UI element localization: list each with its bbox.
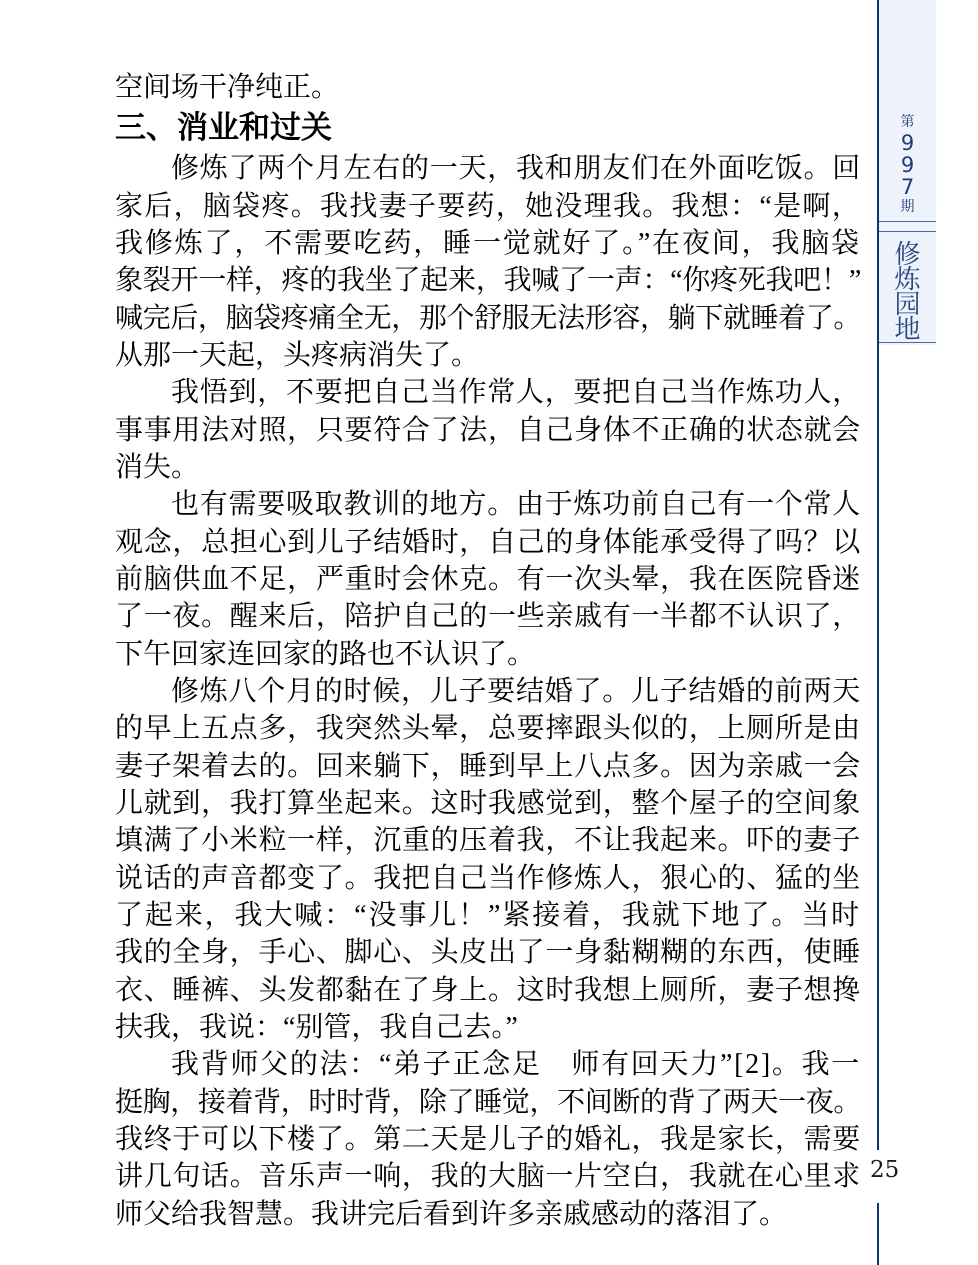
text-line: 事事用法对照，只要符合了法，自己身体不正确的状态就会 — [115, 412, 861, 449]
column-title-char: 炼 — [894, 267, 920, 292]
text-line: 扶我，我说：“别管，我自己去。” — [115, 1009, 861, 1046]
text-line: 从那一天起，头疼病消失了。 — [115, 337, 861, 374]
column-title: 修炼园地 — [879, 242, 936, 342]
text-line: 我背师父的法：“弟子正念足 师有回天力”[2]。我一 — [115, 1046, 861, 1083]
text-line: 师父给我智慧。我讲完后看到许多亲戚感动的落泪了。 — [115, 1196, 861, 1233]
text-line: 妻子架着去的。回来躺下，睡到早上八点多。因为亲戚一会 — [115, 748, 861, 785]
text-line-content: 观念，总担心到儿子结婚时，自己的身体能承受得了吗？以 — [115, 524, 861, 561]
text-line: 也有需要吸取教训的地方。由于炼功前自己有一个常人 — [115, 486, 861, 523]
text-line-content: 妻子架着去的。回来躺下，睡到早上八点多。因为亲戚一会 — [115, 748, 861, 785]
text-line: 下午回家连回家的路也不认识了。 — [115, 636, 861, 673]
text-line: 我的全身，手心、脚心、头皮出了一身黏糊糊的东西，使睡 — [115, 934, 861, 971]
issue-suffix: 期 — [901, 198, 915, 217]
text-line-content: 也有需要吸取教训的地方。由于炼功前自己有一个常人 — [171, 486, 861, 523]
text-line-content: 了起来，我大喊：“没事儿！”紧接着，我就下地了。当时 — [115, 897, 861, 934]
text-line-content: 家后，脑袋疼。我找妻子要药，她没理我。我想：“是啊， — [115, 188, 861, 225]
text-line-content: 的早上五点多，我突然头晕，总要摔跟头似的，上厕所是由 — [115, 710, 861, 747]
issue-number: 第 9 9 7 期 — [879, 0, 936, 220]
column-title-char: 修 — [894, 242, 920, 267]
document-page: 空间场干净纯正。三、消业和过关修炼了两个月左右的一天，我和朋友们在外面吃饭。回家… — [0, 0, 978, 1265]
text-line: 观念，总担心到儿子结婚时，自己的身体能承受得了吗？以 — [115, 524, 861, 561]
text-line: 象裂开一样，疼的我坐了起来，我喊了一声：“你疼死我吧！” — [115, 262, 861, 299]
text-line: 修炼八个月的时候，儿子要结婚了。儿子结婚的前两天 — [115, 673, 861, 710]
text-line-content: 儿就到，我打算坐起来。这时我感觉到，整个屋子的空间象 — [115, 785, 861, 822]
text-line: 了一夜。醒来后，陪护自己的一些亲戚有一半都不认识了， — [115, 598, 861, 635]
issue-digit: 9 — [901, 154, 914, 176]
text-line-content: 了一夜。醒来后，陪护自己的一些亲戚有一半都不认识了， — [115, 598, 861, 635]
text-line-content: 事事用法对照，只要符合了法，自己身体不正确的状态就会 — [115, 412, 861, 449]
text-line-content: 喊完后，脑袋疼痛全无，那个舒服无法形容，躺下就睡着了。 — [115, 300, 861, 337]
sidebar-separator — [879, 342, 936, 343]
issue-digit: 7 — [901, 176, 914, 198]
issue-prefix: 第 — [901, 113, 915, 132]
text-line: 衣、睡裤、头发都黏在了身上。这时我想上厕所，妻子想搀 — [115, 972, 861, 1009]
issue-sidebar: 第 9 9 7 期 修炼园地 — [879, 0, 936, 345]
text-line-content: 修炼了两个月左右的一天，我和朋友们在外面吃饭。回 — [171, 150, 861, 187]
text-line-content: 衣、睡裤、头发都黏在了身上。这时我想上厕所，妻子想搀 — [115, 972, 861, 1009]
text-line-content: 空间场干净纯正。 — [115, 69, 339, 106]
text-line: 讲几句话。音乐声一响，我的大脑一片空白，我就在心里求 — [115, 1158, 861, 1195]
text-line: 的早上五点多，我突然头晕，总要摔跟头似的，上厕所是由 — [115, 710, 861, 747]
text-line-content: 我背师父的法：“弟子正念足 师有回天力”[2]。我一 — [171, 1046, 861, 1083]
text-line-content: 从那一天起，头疼病消失了。 — [115, 337, 479, 374]
text-line: 说话的声音都变了。我把自己当作修炼人，狠心的、猛的坐 — [115, 860, 861, 897]
vertical-rule-bottom — [877, 1203, 879, 1265]
text-line-content: 修炼八个月的时候，儿子要结婚了。儿子结婚的前两天 — [171, 673, 861, 710]
sidebar-separator — [879, 231, 936, 232]
page-number: 25 — [870, 1155, 899, 1185]
text-line-content: 我的全身，手心、脚心、头皮出了一身黏糊糊的东西，使睡 — [115, 934, 861, 971]
text-line: 前脑供血不足，严重时会休克。有一次头晕，我在医院昏迷 — [115, 561, 861, 598]
column-title-char: 地 — [894, 317, 920, 342]
text-line-content: 我修炼了，不需要吃药，睡一觉就好了。”在夜间，我脑袋 — [115, 225, 861, 262]
text-line: 修炼了两个月左右的一天，我和朋友们在外面吃饭。回 — [115, 150, 861, 187]
text-line-content: 师父给我智慧。我讲完后看到许多亲戚感动的落泪了。 — [115, 1196, 787, 1233]
text-line-content: 前脑供血不足，严重时会休克。有一次头晕，我在医院昏迷 — [115, 561, 861, 598]
text-line: 消失。 — [115, 449, 861, 486]
text-line-content: 我悟到，不要把自己当作常人，要把自己当作炼功人， — [171, 374, 861, 411]
column-title-char: 园 — [894, 292, 920, 317]
text-line-content: 讲几句话。音乐声一响，我的大脑一片空白，我就在心里求 — [115, 1158, 861, 1195]
text-line: 空间场干净纯正。 — [115, 69, 861, 106]
article-body: 空间场干净纯正。三、消业和过关修炼了两个月左右的一天，我和朋友们在外面吃饭。回家… — [115, 69, 861, 1233]
text-line: 了起来，我大喊：“没事儿！”紧接着，我就下地了。当时 — [115, 897, 861, 934]
text-line: 家后，脑袋疼。我找妻子要药，她没理我。我想：“是啊， — [115, 188, 861, 225]
text-line: 儿就到，我打算坐起来。这时我感觉到，整个屋子的空间象 — [115, 785, 861, 822]
text-line-content: 填满了小米粒一样，沉重的压着我，不让我起来。吓的妻子 — [115, 822, 861, 859]
text-line: 我终于可以下楼了。第二天是儿子的婚礼，我是家长，需要 — [115, 1121, 861, 1158]
text-line-content: 象裂开一样，疼的我坐了起来，我喊了一声：“你疼死我吧！” — [115, 262, 861, 299]
text-line: 喊完后，脑袋疼痛全无，那个舒服无法形容，躺下就睡着了。 — [115, 300, 861, 337]
text-line-content: 扶我，我说：“别管，我自己去。” — [115, 1009, 518, 1046]
text-line: 我悟到，不要把自己当作常人，要把自己当作炼功人， — [115, 374, 861, 411]
text-line-content: 消失。 — [115, 449, 199, 486]
text-line-content: 我终于可以下楼了。第二天是儿子的婚礼，我是家长，需要 — [115, 1121, 861, 1158]
sidebar-separator — [879, 221, 936, 222]
text-line-content: 下午回家连回家的路也不认识了。 — [115, 636, 535, 673]
issue-digit: 9 — [901, 132, 914, 154]
text-line: 填满了小米粒一样，沉重的压着我，不让我起来。吓的妻子 — [115, 822, 861, 859]
text-line-content: 挺胸，接着背，时时背，除了睡觉，不间断的背了两天一夜。 — [115, 1084, 861, 1121]
text-line: 我修炼了，不需要吃药，睡一觉就好了。”在夜间，我脑袋 — [115, 225, 861, 262]
text-line-content: 说话的声音都变了。我把自己当作修炼人，狠心的、猛的坐 — [115, 860, 861, 897]
text-line: 挺胸，接着背，时时背，除了睡觉，不间断的背了两天一夜。 — [115, 1084, 861, 1121]
section-heading: 三、消业和过关 — [115, 106, 861, 150]
